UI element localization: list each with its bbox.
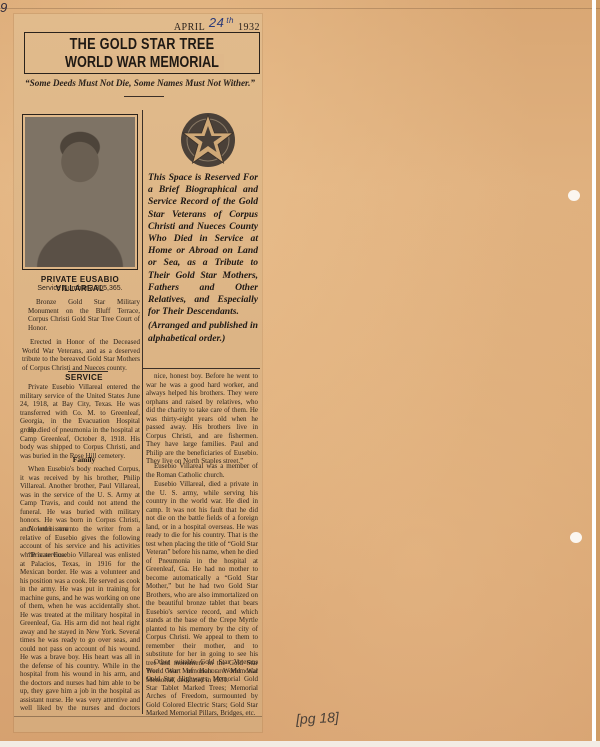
punch-hole-top (568, 190, 580, 201)
corner-page-note: 9 (0, 0, 7, 15)
headline-box: THE GOLD STAR TREE COURT OF HONOR WORLD … (24, 32, 260, 74)
right-paragraph-3: Eusebio Villareal, died a private in the… (146, 480, 258, 684)
handwritten-page-number: [pg 18] (296, 709, 340, 727)
date-day-suffix: th (226, 16, 234, 25)
reserved-notice-text: This Space is Reserved For a Brief Biogr… (148, 172, 258, 317)
reserved-notice: This Space is Reserved For a Brief Biogr… (148, 172, 258, 345)
monument-note: Bronze Gold Star Military Monument on th… (28, 298, 140, 332)
right-paragraph-1: nice, honest boy. Before he went to war … (146, 372, 258, 466)
family-paragraph-1: When Eusebio's body reached Corpus, it w… (20, 465, 140, 533)
service-heading: SERVICE (24, 373, 144, 382)
erected-note: Erected in Honor of the Deceased World W… (22, 338, 140, 372)
headline-line-2-wrap: WORLD WAR MEMORIAL (46, 54, 238, 72)
motto: “Some Deeds Must Not Die, Some Names Mus… (20, 78, 260, 88)
page-right-edge (592, 0, 596, 747)
right-column-top-rule (142, 368, 260, 369)
reserved-notice-sub: (Arranged and published in alphabetical … (148, 320, 258, 344)
service-top-rule (68, 371, 108, 372)
punch-hole-bottom (570, 532, 582, 543)
family-heading: Family (24, 455, 144, 464)
dateline: APRIL 24th 1932 (24, 18, 260, 33)
newspaper-clipping: APRIL 24th 1932 THE GOLD STAR TREE COURT… (14, 14, 262, 732)
date-day-handwritten: 24 (209, 15, 224, 30)
scan-bottom-strip (0, 741, 600, 747)
right-paragraph-2: Eusebio Villareal was a member of the Ro… (146, 462, 258, 479)
photo-caption-service-number: Service Number 3,805,365. (20, 285, 140, 292)
portrait-photo (22, 114, 138, 270)
lower-column-divider (142, 368, 143, 714)
scan-edge-line (0, 8, 600, 9)
family-paragraph-3: “Private Eusebio Villareal was enlisted … (20, 551, 140, 711)
motto-divider (124, 96, 164, 97)
clipping-bottom-edge (14, 716, 262, 717)
right-paragraph-4: Other suitable Gold Star Veterans World … (146, 658, 258, 718)
portrait-image (25, 117, 135, 267)
scrapbook-page: 9 APRIL 24th 1932 THE GOLD STAR TREE COU… (0, 0, 596, 747)
upper-column-divider (142, 110, 143, 368)
headline-line-2: WORLD WAR MEMORIAL (60, 54, 224, 71)
gold-star-emblem-icon (180, 112, 236, 168)
